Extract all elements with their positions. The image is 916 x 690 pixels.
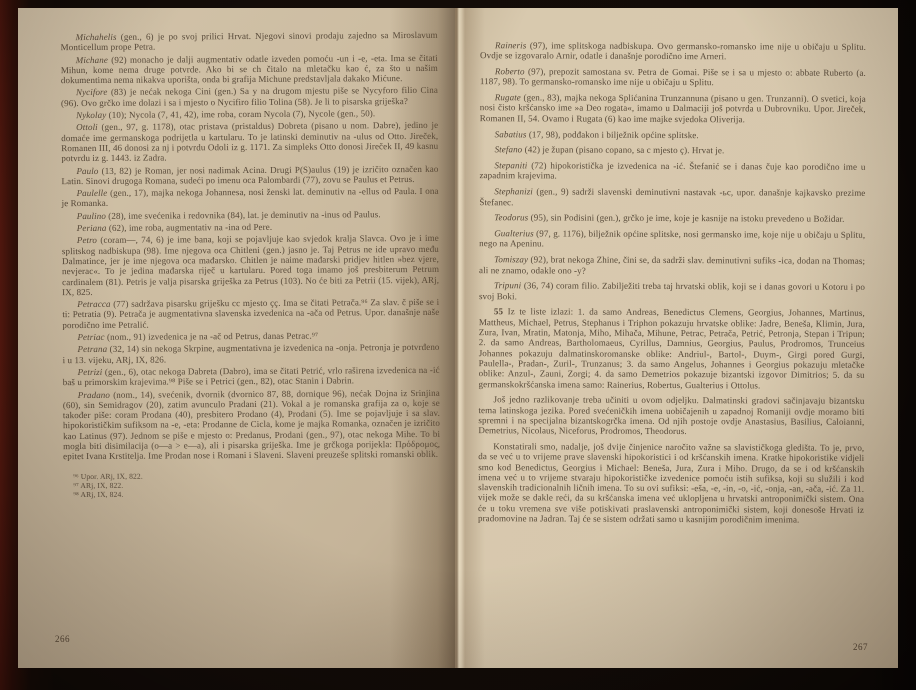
entry-text: (nom., 91) izvedenica je na -ač od Petru… bbox=[107, 331, 318, 342]
entry-headword: Stepaniti bbox=[495, 160, 528, 170]
entry-paragraph: Ottoli (gen., 97, g. 1178), otac pristav… bbox=[61, 120, 438, 163]
photo-background: Michahelis (gen., 6) je po svoj prilici … bbox=[0, 0, 916, 690]
entry-headword: Pradano bbox=[78, 389, 110, 399]
entry-text: (10); Nycola (7, 41, 42), ime roba, cora… bbox=[109, 108, 376, 120]
entry-headword: Nykolay bbox=[76, 110, 106, 120]
entry-headword: Stephanizi bbox=[494, 186, 533, 196]
entry-text: (gen., 17), majka nekoga Johannesa, nosi… bbox=[62, 186, 439, 209]
entry-text: (42) je župan (pisano copano, sa c mjest… bbox=[525, 145, 725, 156]
entry-paragraph: Roberto (97), prepozit samostana sv. Pet… bbox=[480, 66, 866, 88]
entry-headword: Petro bbox=[77, 235, 97, 245]
entry-paragraph: Petro (coram—, 74, 6) je ime bana, koji … bbox=[62, 233, 439, 297]
entry-paragraph: Konstatirali smo, nadalje, još dvije čin… bbox=[478, 441, 864, 525]
entry-text: Konstatirali smo, nadalje, još dvije čin… bbox=[478, 441, 864, 524]
entry-paragraph: Raineris (97), ime splitskoga nadbiskupa… bbox=[480, 40, 866, 62]
entry-headword: Michane bbox=[76, 54, 108, 64]
entry-paragraph: Još jedno razlikovanje treba učiniti u o… bbox=[478, 394, 864, 437]
entry-headword: Stefano bbox=[495, 145, 523, 155]
entry-text: (36, 74) coram filio. Zabilježiti treba … bbox=[479, 281, 865, 301]
entry-text: (32, 14) sin nekoga Skrpine, augmentativ… bbox=[63, 342, 440, 365]
entry-headword: Paulelle bbox=[77, 188, 108, 198]
entry-text: Iz te liste izlazi: 1. da samo Andreas, … bbox=[479, 307, 865, 390]
page-number-right: 267 bbox=[853, 642, 868, 652]
entry-headword: Petracca bbox=[77, 299, 110, 309]
left-page-footnotes: ⁹⁶ Upor. ARj, IX, 822.⁹⁷ ARj, IX, 822.⁹⁸… bbox=[63, 469, 440, 499]
entry-text: Još jedno razlikovanje treba učiniti u o… bbox=[478, 395, 864, 437]
entry-paragraph: Petrana (32, 14) sin nekoga Skrpine, aug… bbox=[62, 342, 439, 365]
entry-paragraph: Sabatius (17, 98), podđakon i bilježnik … bbox=[480, 129, 866, 141]
entry-paragraph: Pradano (nom., 14), svećenik, dvornik (d… bbox=[63, 387, 440, 461]
entry-headword: Michahelis bbox=[76, 32, 117, 42]
entry-paragraph: Nykolay (10); Nycola (7, 41, 42), ime ro… bbox=[61, 108, 438, 121]
entry-headword: 55 bbox=[494, 307, 503, 317]
entry-paragraph: Paulelle (gen., 17), majka nekoga Johann… bbox=[62, 186, 439, 209]
entry-text: (83) je nećak nekoga Cini (gen.) Sa y na… bbox=[61, 85, 438, 108]
entry-paragraph: Gualterius (97, g. 1176), bilježnik opći… bbox=[479, 228, 865, 250]
entry-headword: Teodorus bbox=[494, 213, 528, 223]
entry-headword: Petrizi bbox=[78, 367, 103, 377]
entry-paragraph: Michahelis (gen., 6) je po svoj prilici … bbox=[61, 30, 438, 53]
entry-text: (gen., 97, g. 1178), otac pristava (pris… bbox=[61, 120, 438, 163]
open-book: Michahelis (gen., 6) je po svoj prilici … bbox=[18, 8, 898, 668]
entry-headword: Sabatius bbox=[495, 129, 527, 139]
entry-headword: Nycifore bbox=[76, 87, 108, 97]
entry-text: (gen., 6), otac nekoga Dabreta (Dabro), … bbox=[63, 365, 440, 388]
entry-paragraph: Petriac (nom., 91) izvedenica je na -ač … bbox=[62, 330, 439, 343]
entry-text: (nom., 14), svećenik, dvornik (dvornico … bbox=[63, 387, 440, 461]
right-page: Raineris (97), ime splitskoga nadbiskupa… bbox=[455, 8, 898, 668]
entry-headword: Paulo bbox=[76, 165, 98, 175]
entry-headword: Petriac bbox=[77, 332, 104, 342]
entry-paragraph: Teodorus (95), sin Podisini (gen.), grčk… bbox=[479, 213, 865, 225]
entry-headword: Tomiszay bbox=[494, 254, 528, 264]
entry-text: (coram—, 74, 6) je ime bana, koji se poj… bbox=[62, 233, 439, 297]
entry-paragraph: Stefano (42) je župan (pisano copano, sa… bbox=[480, 145, 866, 157]
entry-text: (gen., 6) je po svoj prilici Hrvat. Njeg… bbox=[61, 30, 438, 53]
entry-text: (97), ime splitskoga nadbiskupa. Ovo ger… bbox=[480, 40, 866, 61]
entry-text: (97), prepozit samostana sv. Petra de Go… bbox=[480, 66, 866, 87]
footnote-line: ⁹⁸ ARj, IX, 824. bbox=[73, 488, 440, 499]
entry-text: (92), brat nekoga Zhine, čini se, da sad… bbox=[479, 255, 865, 276]
entry-headword: Paulino bbox=[77, 211, 106, 221]
entry-text: (62), ime roba, augmentativ na -ina od P… bbox=[109, 222, 272, 233]
entry-headword: Periana bbox=[77, 223, 107, 233]
page-number-left: 266 bbox=[55, 634, 70, 644]
left-page-text-column: Michahelis (gen., 6) je po svoj prilici … bbox=[61, 30, 441, 499]
entry-paragraph: Petracca (77) sadržava pisarsku griješku… bbox=[62, 297, 439, 330]
entry-paragraph: Stepaniti (72) hipokoristička je izveden… bbox=[479, 160, 865, 182]
entry-paragraph: Periana (62), ime roba, augmentativ na -… bbox=[62, 221, 439, 234]
entry-headword: Petrana bbox=[77, 344, 107, 354]
entry-text: (95), sin Podisini (gen.), grčko je ime,… bbox=[531, 213, 845, 224]
right-page-entries: Raineris (97), ime splitskoga nadbiskupa… bbox=[478, 40, 866, 525]
entry-headword: Rugate bbox=[495, 92, 521, 102]
entry-paragraph: Tomiszay (92), brat nekoga Zhine, čini s… bbox=[479, 254, 865, 276]
entry-text: (17, 98), podđakon i bilježnik općine sp… bbox=[529, 129, 699, 140]
entry-paragraph: Paulo (13, 82) je Roman, jer nosi nadima… bbox=[61, 163, 438, 186]
entry-headword: Gualterius bbox=[494, 228, 534, 238]
entry-headword: Roberto bbox=[495, 66, 525, 76]
entry-paragraph: Stephanizi (gen., 9) sadrži slavenski de… bbox=[479, 186, 865, 208]
entry-text: (97, g. 1176), bilježnik općine splitske… bbox=[479, 229, 865, 249]
entry-paragraph: Nycifore (83) je nećak nekoga Cini (gen.… bbox=[61, 85, 438, 108]
entry-paragraph: Rugate (gen., 83), majka nekoga Splićani… bbox=[480, 92, 866, 125]
entry-text: (28), ime svećenika i redovnika (84), la… bbox=[108, 209, 380, 221]
entry-text: (72) hipokoristička je izvedenica na -ić… bbox=[479, 161, 865, 181]
entry-headword: Ottoli bbox=[76, 122, 98, 132]
left-page: Michahelis (gen., 6) je po svoj prilici … bbox=[18, 8, 455, 668]
entry-paragraph: 55 Iz te liste izlazi: 1. da samo Andrea… bbox=[479, 307, 865, 391]
right-page-text-column: Raineris (97), ime splitskoga nadbiskupa… bbox=[478, 40, 866, 531]
entry-paragraph: Paulino (28), ime svećenika i redovnika … bbox=[62, 209, 439, 222]
entry-text: (92) monacho je dalji augmentativ odatle… bbox=[61, 52, 438, 85]
entry-paragraph: Tripuni (36, 74) coram filio. Zabilježit… bbox=[479, 281, 865, 303]
entry-paragraph: Michane (92) monacho je dalji augmentati… bbox=[61, 52, 438, 85]
entry-text: (gen., 83), majka nekoga Splićanina Trun… bbox=[480, 93, 866, 125]
entry-text: (13, 82) je Roman, jer nosi nadimak Acin… bbox=[61, 163, 438, 186]
entry-text: (77) sadržava pisarsku griješku cc mjest… bbox=[62, 297, 439, 330]
entry-paragraph: Petrizi (gen., 6), otac nekoga Dabreta (… bbox=[63, 365, 440, 388]
entry-text: (gen., 9) sadrži slavenski deminutivni n… bbox=[479, 187, 865, 207]
left-page-entries: Michahelis (gen., 6) je po svoj prilici … bbox=[61, 30, 441, 462]
entry-headword: Tripuni bbox=[494, 281, 521, 291]
entry-headword: Raineris bbox=[495, 40, 526, 50]
